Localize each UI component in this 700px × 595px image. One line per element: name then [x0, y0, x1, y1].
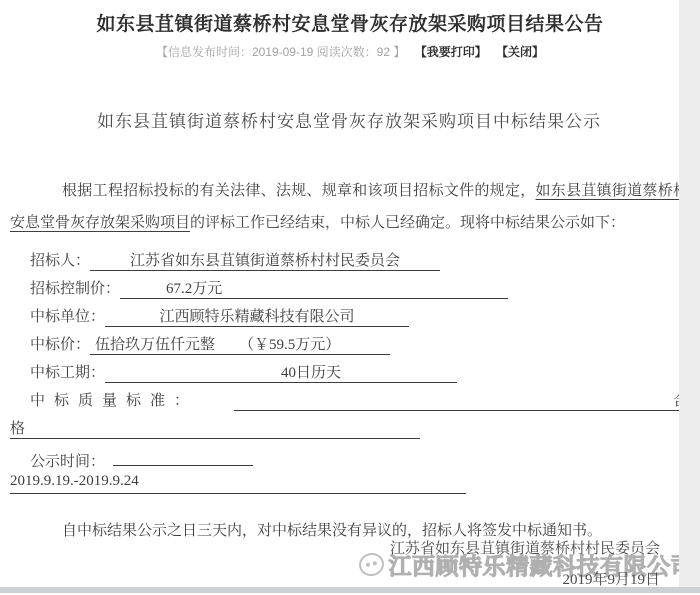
company-logo-watermark-icon	[356, 551, 385, 579]
result-fields: 招标人： 江苏省如东县苴镇街道蔡桥村村民委员会 招标控制价： 67.2万元 中标…	[10, 249, 688, 501]
signature-date: 2019年9月19日	[562, 568, 660, 589]
duration-label: 中标工期：	[30, 361, 105, 382]
bid-price-words: 伍拾玖万伍仟元整	[95, 337, 215, 353]
intro-paragraph: 根据工程招标投标的有关法律、法规、规章和该项目招标文件的规定，如东县苴镇街道蔡桥…	[10, 175, 688, 239]
intro-text-after: 的评标工作已经结束，中标人已经确定。现将中标结果公示如下：	[190, 215, 625, 231]
document-body: 如东县苴镇街道蔡桥村安息堂骨灰存放架采购项目中标结果公示 根据工程招标投标的有关…	[0, 60, 700, 546]
publicity-blank-underline	[113, 445, 253, 466]
publicity-period-value: 2019.9.19.-2019.9.24	[10, 473, 466, 494]
right-gutter-strip	[679, 0, 700, 588]
bid-price-paren: （￥59.5万元）	[239, 337, 340, 353]
field-tenderee: 招标人： 江苏省如东县苴镇街道蔡桥村村民委员会	[10, 249, 688, 277]
bottom-scrollbar-track[interactable]	[0, 587, 700, 593]
field-quality: 中标质量标准： 合	[10, 389, 688, 417]
quality-value-line2: 格	[10, 417, 420, 439]
tenderee-label: 招标人：	[30, 249, 90, 270]
bid-price-value: 伍拾玖万伍仟元整（￥59.5万元）	[90, 333, 390, 355]
print-button[interactable]: 【我要打印】	[415, 45, 487, 59]
field-publicity-period: 2019.9.19.-2019.9.24	[10, 473, 688, 501]
winner-label: 中标单位：	[30, 305, 105, 326]
tenderee-value: 江苏省如东县苴镇街道蔡桥村村民委员会	[90, 249, 440, 271]
field-quality-wrap: 格	[10, 417, 688, 445]
field-control-price: 招标控制价： 67.2万元	[10, 277, 688, 305]
field-publicity: 公示时间：	[10, 445, 688, 473]
meta-row: 【信息发布时间：2019-09-19 阅读次数：92 】 【我要打印】 【关闭】	[0, 43, 700, 60]
field-winner: 中标单位： 江西顾特乐精藏科技有限公司	[10, 305, 688, 333]
quality-value-line1: 合	[234, 389, 688, 411]
document-title: 如东县苴镇街道蔡桥村安息堂骨灰存放架采购项目中标结果公示	[10, 60, 688, 132]
quality-label: 中标质量标准：	[30, 389, 198, 410]
close-button[interactable]: 【关闭】	[496, 45, 544, 59]
publicity-label: 公示时间：	[30, 450, 105, 471]
page-title: 如东县苴镇街道蔡桥村安息堂骨灰存放架采购项目结果公告	[0, 9, 700, 36]
field-duration: 中标工期： 40日历天	[10, 361, 688, 389]
control-price-label: 招标控制价：	[30, 277, 120, 298]
intro-text-before: 根据工程招标投标的有关法律、法规、规章和该项目招标文件的规定，	[62, 183, 536, 199]
winner-value: 江西顾特乐精藏科技有限公司	[105, 305, 409, 327]
publish-info: 【信息发布时间：2019-09-19 阅读次数：92 】	[156, 45, 405, 59]
duration-value: 40日历天	[105, 361, 457, 383]
bid-price-label: 中标价：	[30, 333, 90, 354]
announcement-page: 如东县苴镇街道蔡桥村安息堂骨灰存放架采购项目结果公告 【信息发布时间：2019-…	[0, 0, 700, 595]
field-bid-price: 中标价： 伍拾玖万伍仟元整（￥59.5万元）	[10, 333, 688, 361]
control-price-value: 67.2万元	[120, 277, 508, 299]
